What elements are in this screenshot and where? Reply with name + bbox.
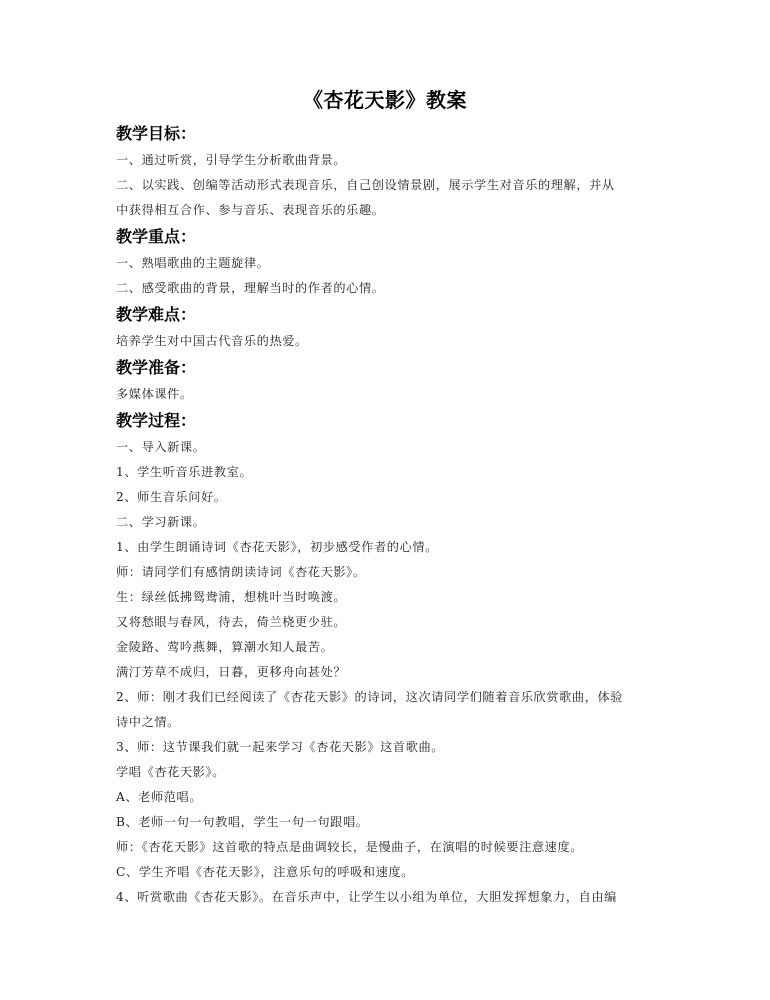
document-title: 《杏花天影》教案 <box>0 87 770 113</box>
section-teaching-process: 教学过程： 一、导入新课。 1、学生听音乐进教室。 2、师生音乐问好。 二、学习… <box>116 407 656 910</box>
paragraph-line: 诗中之情。 <box>116 710 656 735</box>
paragraph-line: 师：请同学们有感情朗读诗词《杏花天影》。 <box>116 560 656 585</box>
paragraph-line: 2、师：刚才我们已经阅读了《杏花天影》的诗词，这次请同学们随着音乐欣赏歌曲，体验 <box>116 685 656 710</box>
paragraph-line: 一、导入新课。 <box>116 435 656 460</box>
paragraph-line: 一、通过听赏，引导学生分析歌曲背景。 <box>116 148 656 173</box>
poem-line: 金陵路、莺吟燕舞，算潮水知人最苦。 <box>116 635 656 660</box>
section-teaching-difficulty: 教学难点： 培养学生对中国古代音乐的热爱。 <box>116 301 656 354</box>
section-teaching-preparation: 教学准备： 多媒体课件。 <box>116 354 656 407</box>
section-teaching-focus: 教学重点： 一、熟唱歌曲的主题旋律。 二、感受歌曲的背景，理解当时的作者的心情。 <box>116 223 656 301</box>
section-teaching-objectives: 教学目标： 一、通过听赏，引导学生分析歌曲背景。 二、以实践、创编等活动形式表现… <box>116 120 656 223</box>
section-heading: 教学目标： <box>116 120 656 148</box>
paragraph-line: B、老师一句一句教唱，学生一句一句跟唱。 <box>116 810 656 835</box>
section-heading: 教学过程： <box>116 407 656 435</box>
paragraph-line: 2、师生音乐问好。 <box>116 485 656 510</box>
paragraph-line: 二、感受歌曲的背景，理解当时的作者的心情。 <box>116 276 656 301</box>
paragraph-line: 1、学生听音乐进教室。 <box>116 460 656 485</box>
poem-line: 又将愁眼与春风，待去，倚兰桡更少驻。 <box>116 610 656 635</box>
paragraph-line: 1、由学生朗诵诗词《杏花天影》，初步感受作者的心情。 <box>116 535 656 560</box>
document-body: 教学目标： 一、通过听赏，引导学生分析歌曲背景。 二、以实践、创编等活动形式表现… <box>116 120 656 910</box>
paragraph-line: 二、学习新课。 <box>116 510 656 535</box>
paragraph-line: 3、师：这节课我们就一起来学习《杏花天影》这首歌曲。 <box>116 735 656 760</box>
section-heading: 教学准备： <box>116 354 656 382</box>
paragraph-line: 二、以实践、创编等活动形式表现音乐，自己创设情景剧，展示学生对音乐的理解，并从 <box>116 173 656 198</box>
paragraph-line: 师：《杏花天影》这首歌的特点是曲调较长，是慢曲子，在演唱的时候要注意速度。 <box>116 835 656 860</box>
paragraph-line: 培养学生对中国古代音乐的热爱。 <box>116 329 656 354</box>
paragraph-line: 一、熟唱歌曲的主题旋律。 <box>116 251 656 276</box>
paragraph-line: 多媒体课件。 <box>116 382 656 407</box>
paragraph-line: 4、听赏歌曲《杏花天影》。在音乐声中，让学生以小组为单位，大胆发挥想象力，自由编 <box>116 885 656 910</box>
paragraph-line: 学唱《杏花天影》。 <box>116 760 656 785</box>
section-heading: 教学重点： <box>116 223 656 251</box>
document-page: 《杏花天影》教案 教学目标： 一、通过听赏，引导学生分析歌曲背景。 二、以实践、… <box>0 0 770 1000</box>
paragraph-line: 中获得相互合作、参与音乐、表现音乐的乐趣。 <box>116 198 656 223</box>
paragraph-line: A、老师范唱。 <box>116 785 656 810</box>
section-heading: 教学难点： <box>116 301 656 329</box>
poem-line: 生：绿丝低拂鸳鸯浦，想桃叶当时唤渡。 <box>116 585 656 610</box>
paragraph-line: C、学生齐唱《杏花天影》，注意乐句的呼吸和速度。 <box>116 860 656 885</box>
poem-line: 满汀芳草不成归，日暮，更移舟向甚处？ <box>116 660 656 685</box>
